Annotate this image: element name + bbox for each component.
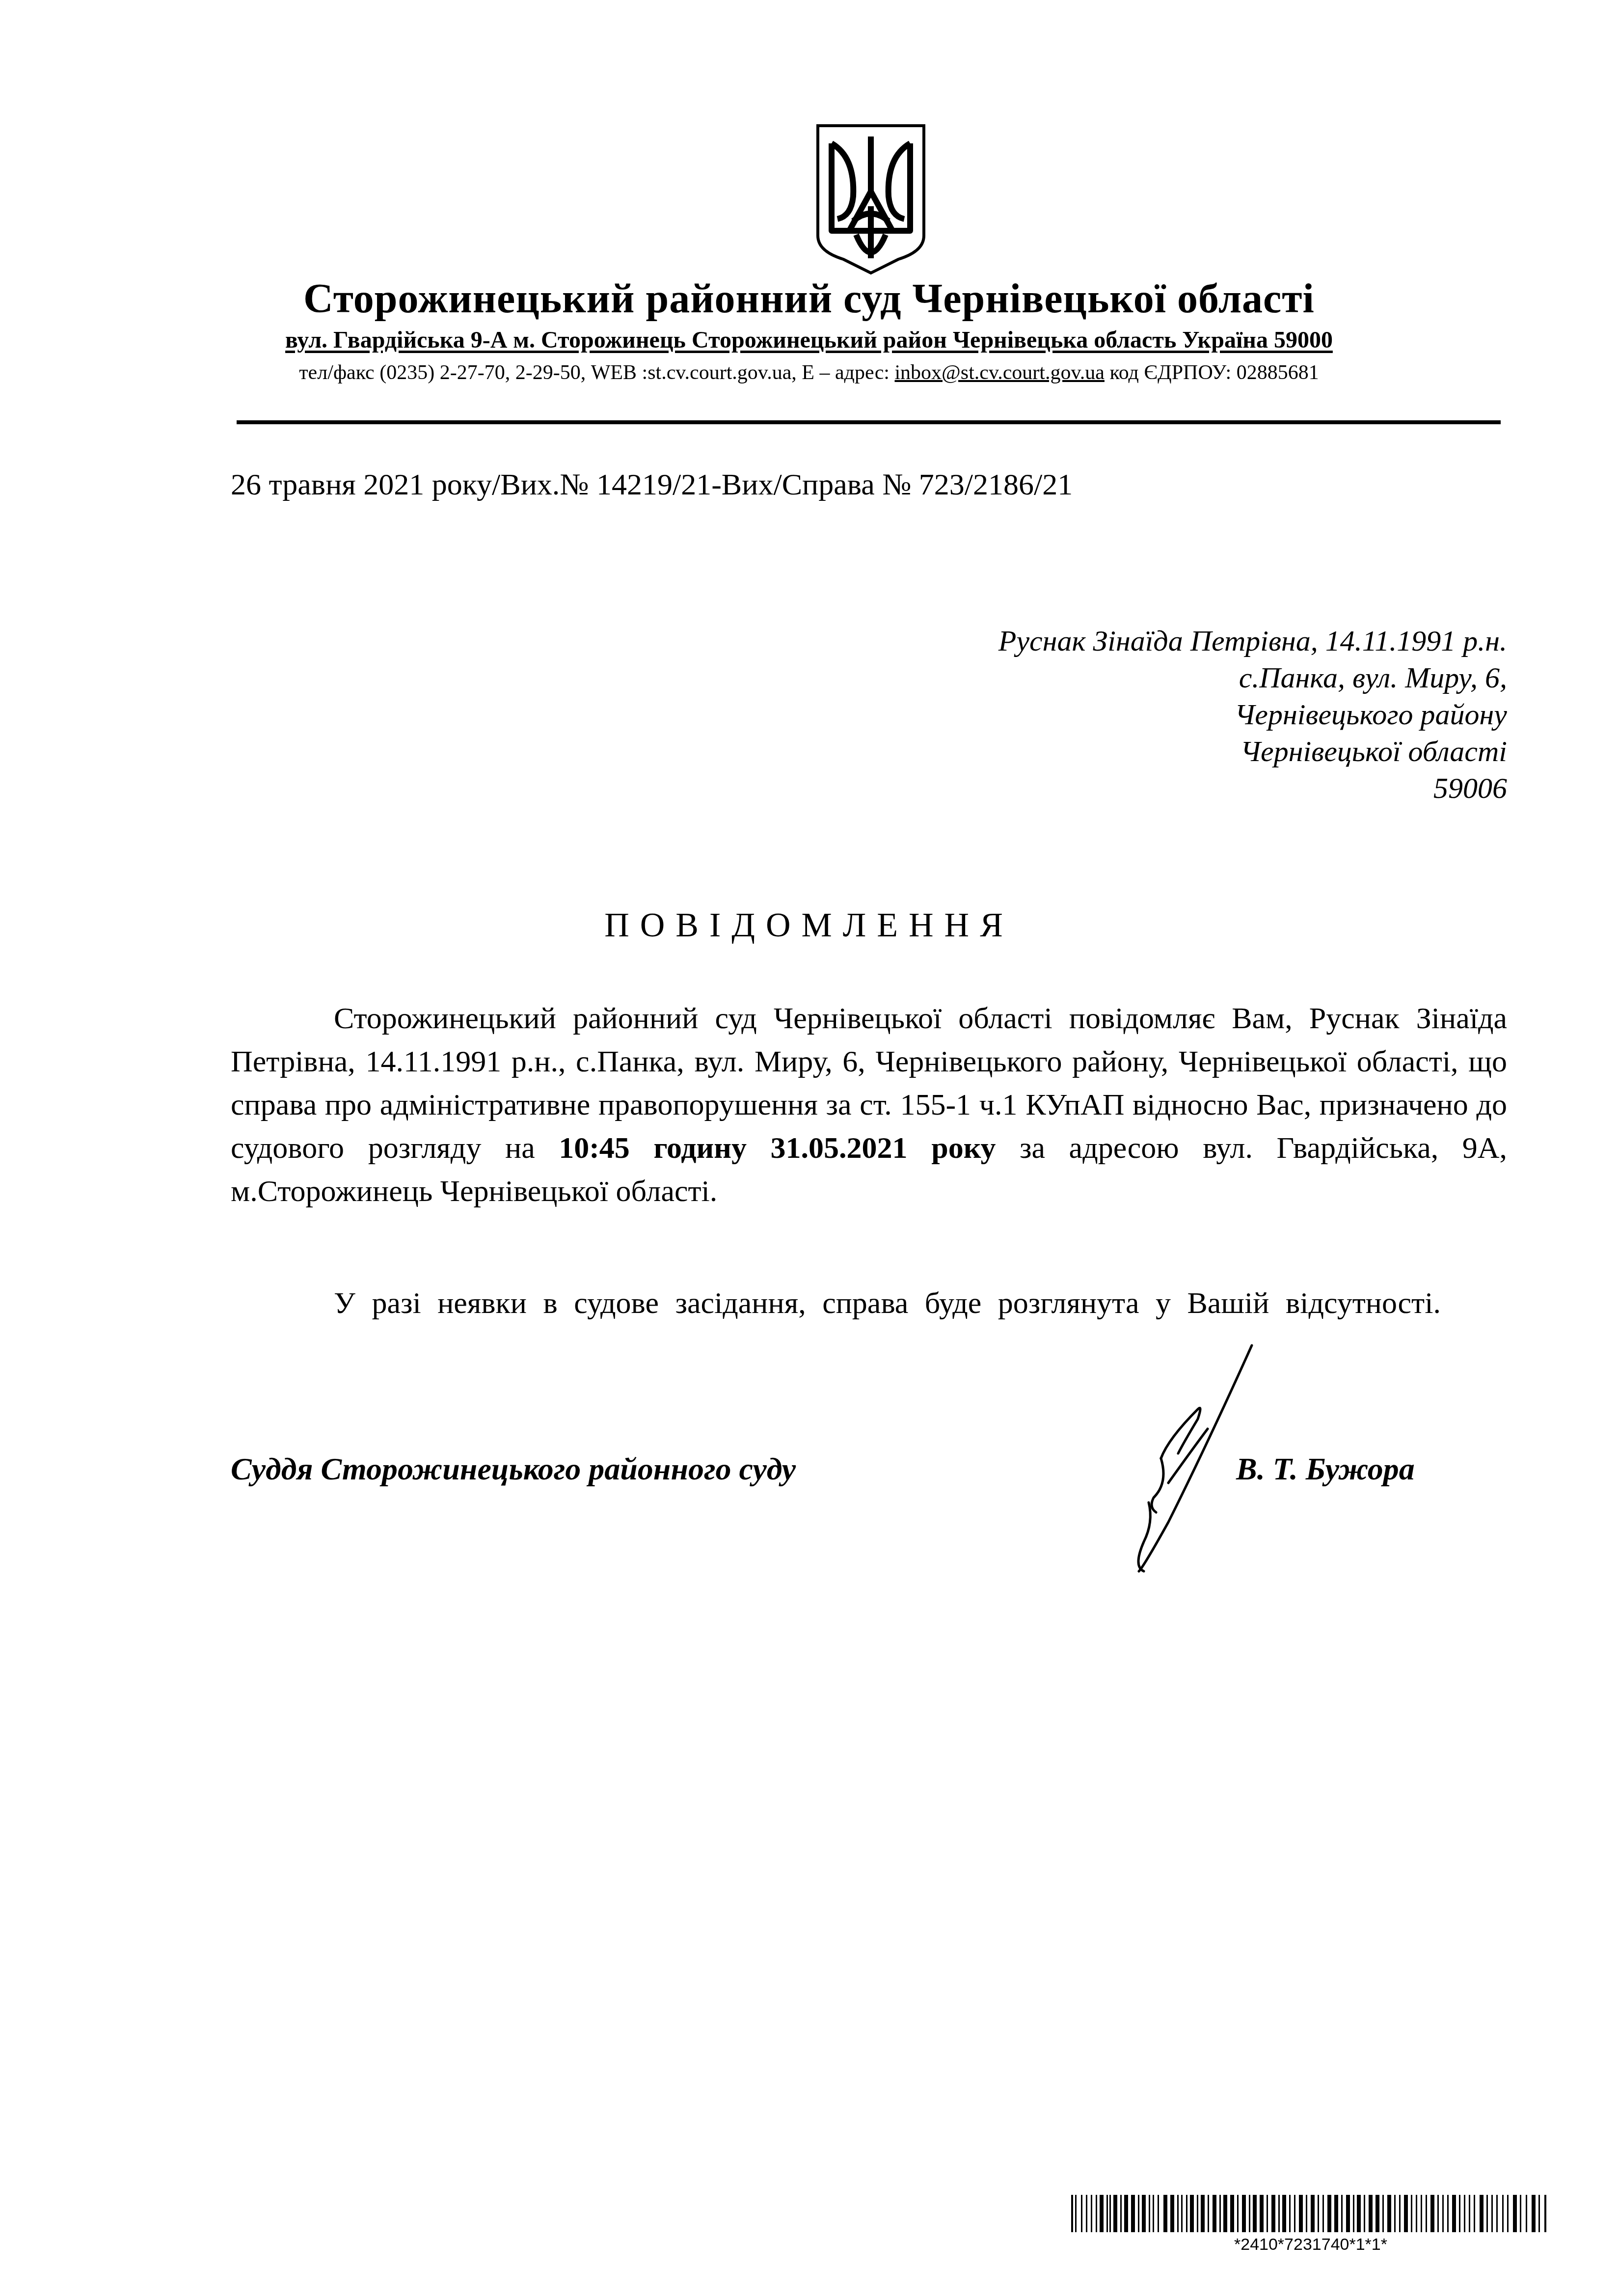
court-name-heading: Сторожинецький районний суд Чернівецької… [0, 275, 1618, 323]
hearing-datetime: 10:45 годину 31.05.2021 року [559, 1131, 996, 1165]
court-contacts: тел/факс (0235) 2-27-70, 2-29-50, WEB :s… [0, 361, 1618, 384]
contacts-edrpou: код ЄДРПОУ: 02885681 [1105, 361, 1319, 384]
addressee-block: Руснак Зінаїда Петрівна, 14.11.1991 р.н.… [998, 623, 1507, 807]
judge-name: В. Т. Бужора [1236, 1451, 1415, 1487]
email-link[interactable]: inbox@st.cv.court.gov.ua [894, 361, 1105, 384]
addressee-postcode: 59006 [998, 770, 1507, 807]
coat-of-arms-icon [815, 123, 927, 276]
signatory-title: Суддя Сторожинецького районного суду [231, 1451, 796, 1487]
document-title: ПОВІДОМЛЕННЯ [0, 906, 1618, 945]
addressee-district: Чернівецького району [998, 696, 1507, 733]
addressee-name: Руснак Зінаїда Петрівна, 14.11.1991 р.н. [998, 623, 1507, 659]
absence-warning-paragraph: У разі неявки в судове засідання, справа… [231, 1282, 1507, 1325]
addressee-street: с.Панка, вул. Миру, 6, [998, 659, 1507, 696]
contacts-phone-web: тел/факс (0235) 2-27-70, 2-29-50, WEB :s… [299, 361, 894, 384]
notice-paragraph: Сторожинецький районний суд Чернівецької… [231, 997, 1507, 1213]
barcode-number: *2410*7231740*1*1* [1070, 2235, 1551, 2254]
court-address: вул. Гвардійська 9-А м. Сторожинець Стор… [0, 327, 1618, 354]
header-divider [237, 420, 1501, 424]
barcode-icon [1070, 2195, 1551, 2232]
addressee-region: Чернівецької області [998, 733, 1507, 770]
outgoing-reference-line: 26 травня 2021 року/Вих.№ 14219/21-Вих/С… [231, 467, 1073, 502]
